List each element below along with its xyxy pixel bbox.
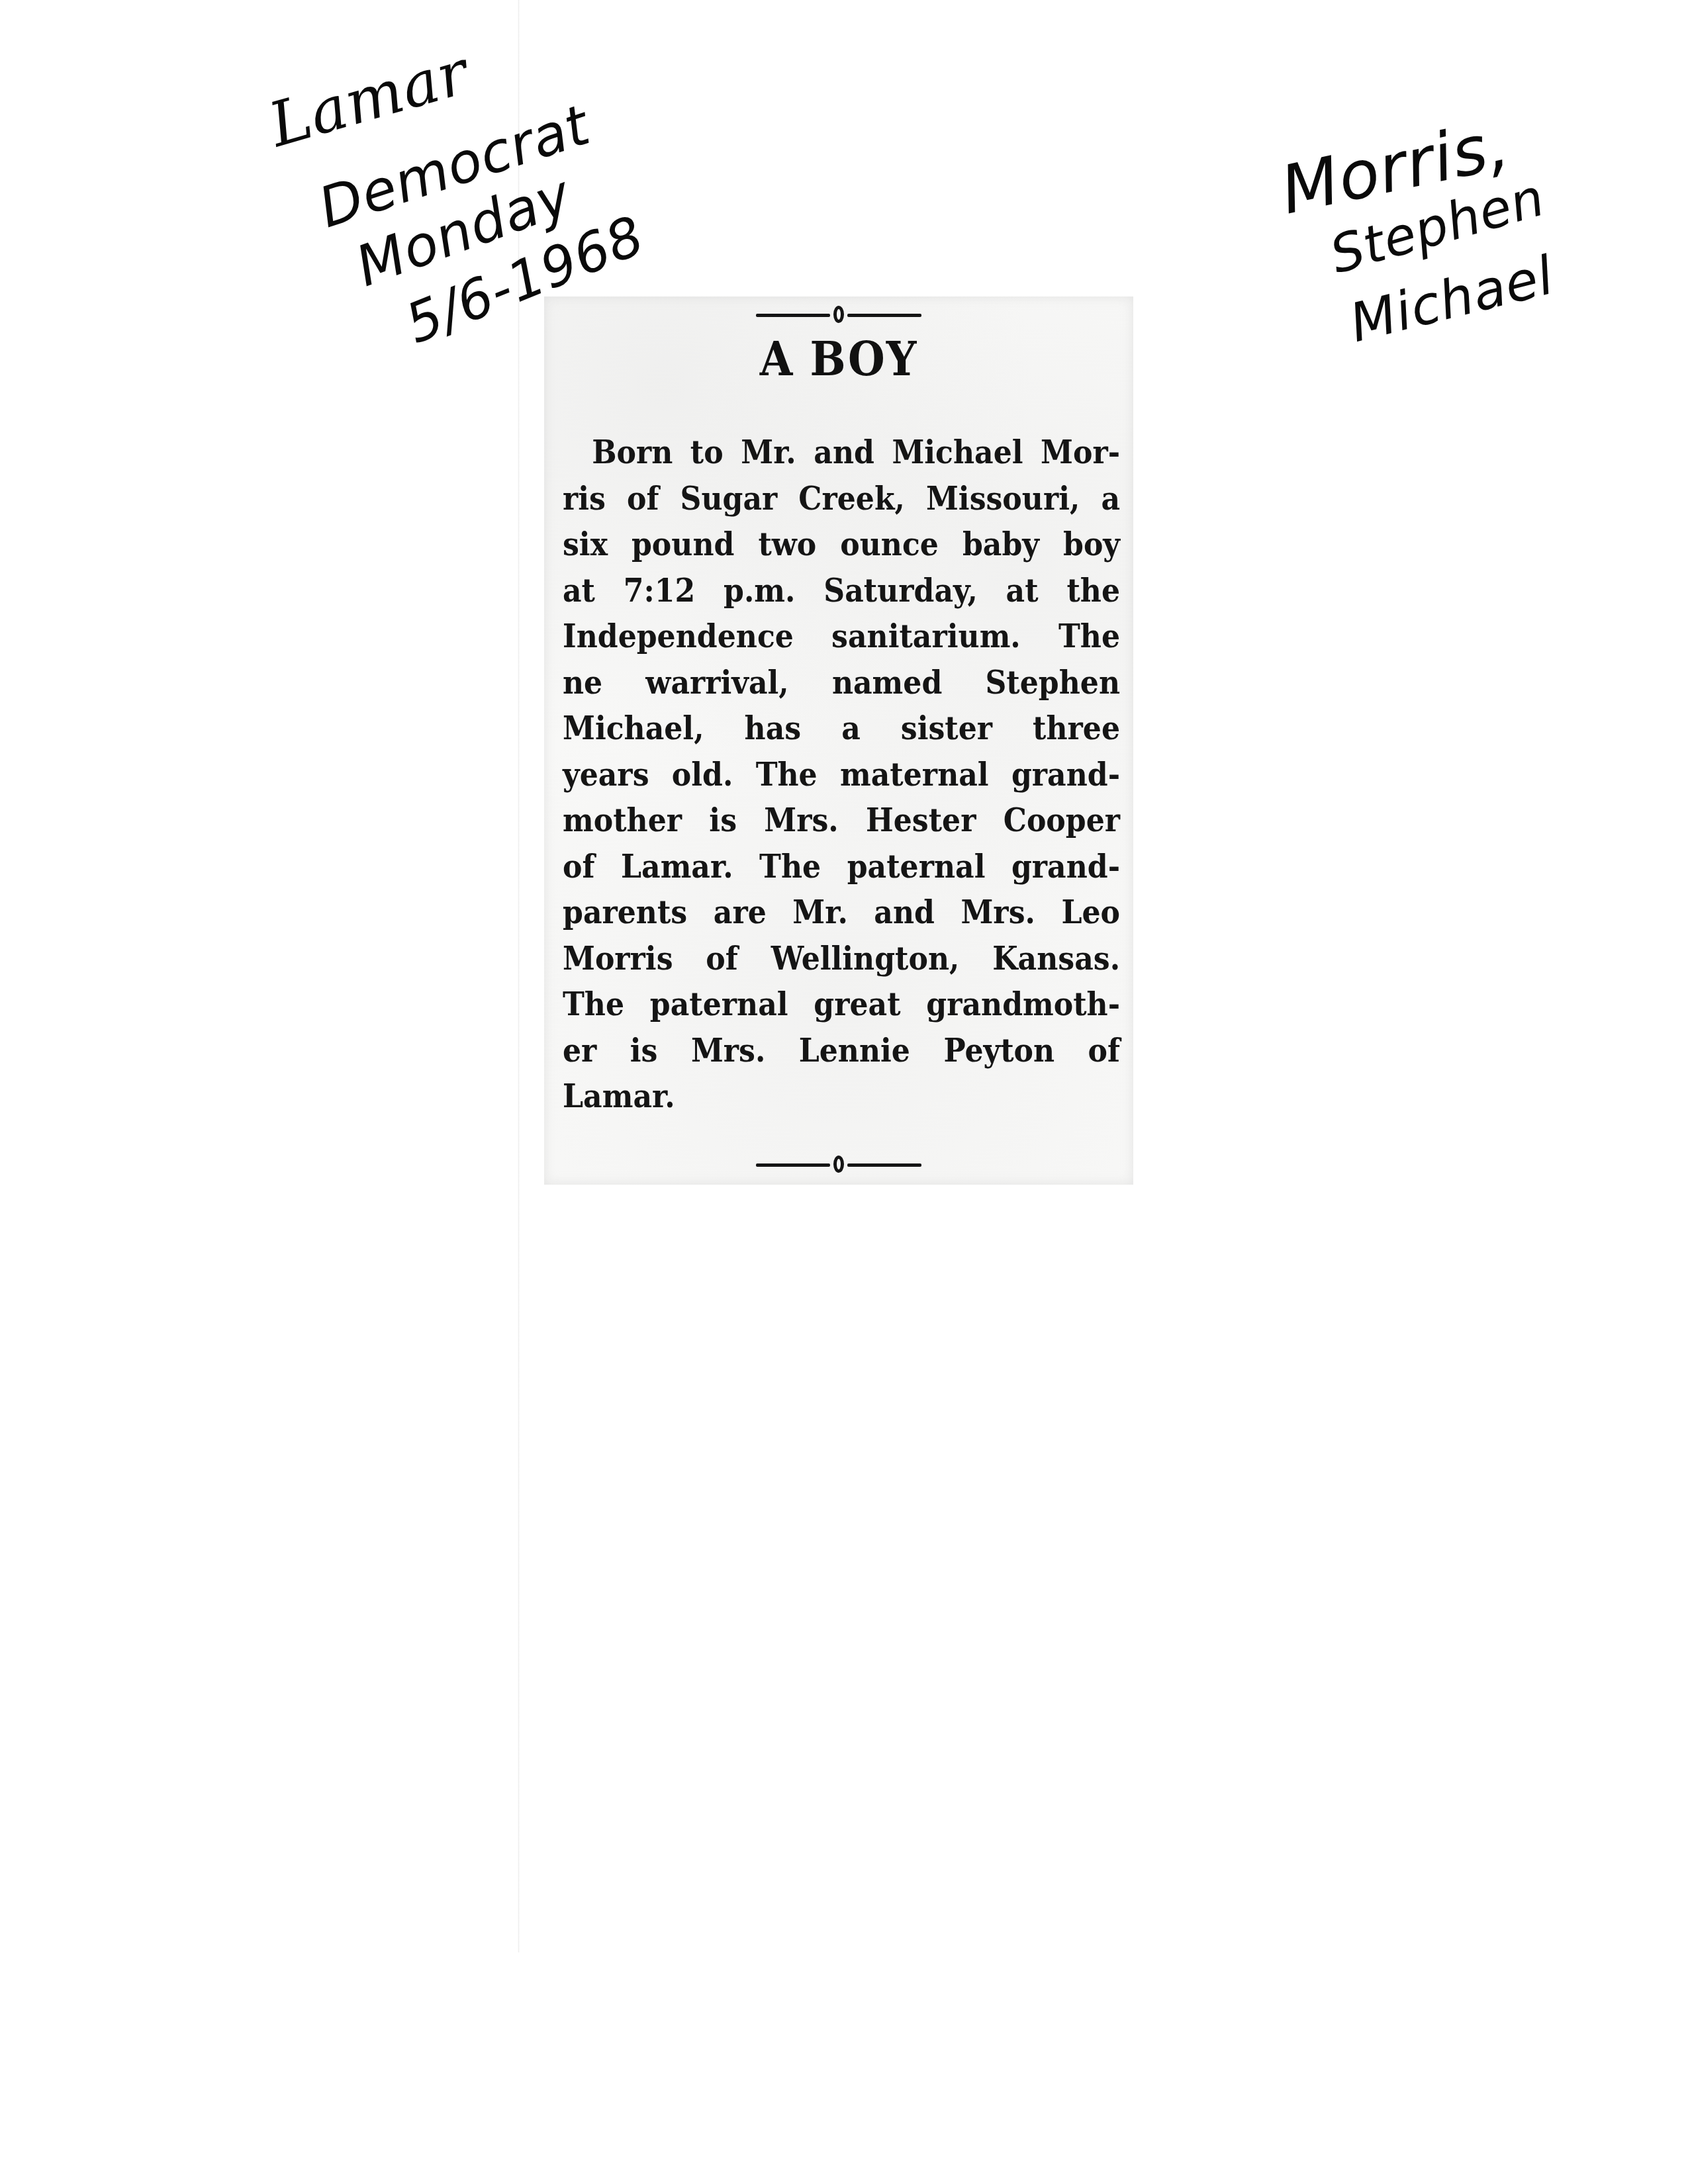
body-line: The paternal great grandmoth- xyxy=(563,982,1120,1028)
body-line: Born to Mr. and Michael Mor- xyxy=(563,430,1120,477)
body-line: er is Mrs. Lennie Peyton of xyxy=(563,1028,1120,1075)
body-line: six pound two ounce baby boy xyxy=(563,522,1120,569)
ornamental-divider-top-icon xyxy=(756,306,921,326)
body-line: of Lamar. The paternal grand- xyxy=(563,844,1120,891)
ornamental-divider-bottom-icon xyxy=(756,1156,921,1175)
body-line: ne warrival, named Stephen xyxy=(563,660,1120,707)
clipping-body: Born to Mr. and Michael Mor- ris of Suga… xyxy=(563,430,1120,1120)
body-line: mother is Mrs. Hester Cooper xyxy=(563,798,1120,844)
clipping-headline: A BOY xyxy=(544,332,1133,387)
body-line: parents are Mr. and Mrs. Leo xyxy=(563,890,1120,936)
body-line: Morris of Wellington, Kansas. xyxy=(563,936,1120,983)
body-line: Michael, has a sister three xyxy=(563,706,1120,752)
body-line: at 7:12 p.m. Saturday, at the xyxy=(563,569,1120,615)
body-line: ris of Sugar Creek, Missouri, a xyxy=(563,477,1120,523)
body-line: years old. The maternal grand- xyxy=(563,752,1120,799)
body-line: Lamar. xyxy=(563,1074,1120,1120)
body-line: Independence sanitarium. The xyxy=(563,614,1120,660)
newspaper-clipping: A BOY Born to Mr. and Michael Mor- ris o… xyxy=(544,296,1133,1185)
